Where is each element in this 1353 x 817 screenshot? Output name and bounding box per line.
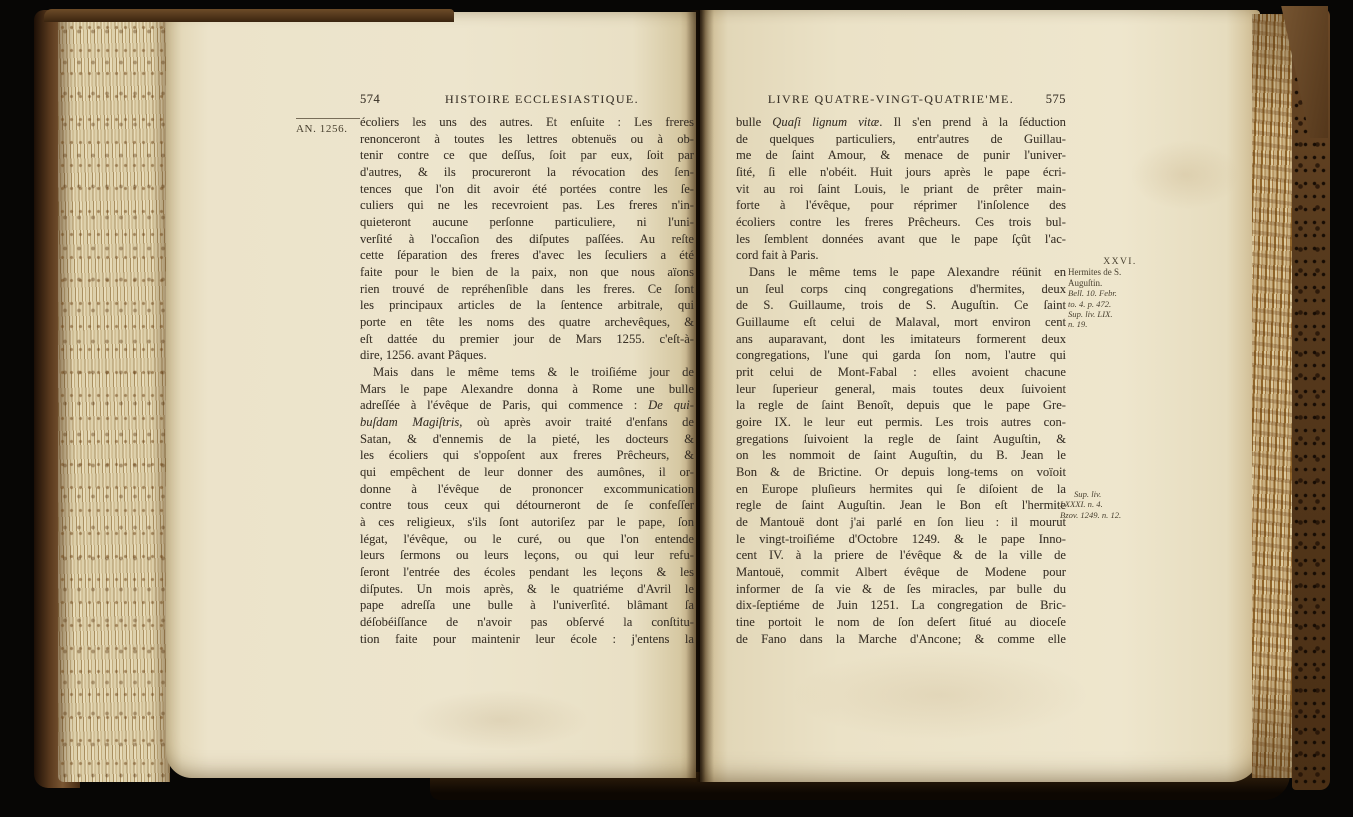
text-line: tences que l'on dit avoir été portées co… — [360, 181, 694, 198]
left-page-lines: écoliers les uns des autres. Et enſuite … — [360, 114, 694, 648]
text-line: regle de ſaint Auguſtin. Jean le Bon eſt… — [736, 497, 1066, 514]
year-margin-note: AN. 1256. — [296, 118, 360, 135]
text-line: Dans le même tems le pape Alexandre réün… — [736, 264, 1066, 281]
text-line: Guillaume eſt celui de Malaval, mort env… — [736, 314, 1066, 331]
text-line: leurs ſermons ou leurs leçons, ou qui le… — [360, 547, 694, 564]
book-photo: { "scene": { "background_color": "#07060… — [0, 0, 1353, 817]
text-line: verſité à l'occaſion des diſputes paſſée… — [360, 231, 694, 248]
text-line: de quelques particuliers, entr'autres de… — [736, 131, 1066, 148]
left-running-header: 574 HISTOIRE ECCLESIASTIQUE. — [360, 92, 694, 110]
text-line: prit celui de Mont-Fabal : elles avoient… — [736, 364, 1066, 381]
text-line: informer de ſa vie & de ſes miracles, pa… — [736, 581, 1066, 598]
margin-note-line: Bell. 10. Febr. — [1068, 288, 1172, 298]
text-line: ſeront l'entrée des écoles pendant les l… — [360, 564, 694, 581]
text-line: vit au roi ſaint Louis, le priant de prê… — [736, 181, 1066, 198]
margin-note-line: XXVI. — [1068, 257, 1172, 267]
text-line: en Europe pluſieurs hermites qui ſe diſo… — [736, 481, 1066, 498]
text-line: adreſſée à l'évêque de Paris, qui commen… — [360, 397, 694, 414]
text-line: renonceront à toutes les lettres obtenuë… — [360, 131, 694, 148]
text-line: diſputes. Un mois après, & le quatriéme … — [360, 581, 694, 598]
text-line: la regle de ſaint Benoît, depuis que le … — [736, 397, 1066, 414]
text-line: Mars le pape Alexandre donna à Rome une … — [360, 381, 694, 398]
text-line: le vingt-troiſiéme d'Octobre 1249. & le … — [736, 531, 1066, 548]
margin-note-line: to. 4. p. 472. — [1068, 299, 1172, 309]
text-line: congregations, l'une qui garda ſon nom, … — [736, 347, 1066, 364]
text-line: gregations ſuivoient la regle de ſaint A… — [736, 431, 1066, 448]
text-line: rien trouvé de repréhenſible dans les fr… — [360, 281, 694, 298]
text-line: cord fait à Paris. — [736, 247, 1066, 264]
text-line: ſité, ſi elle n'obéit. Huit jours après … — [736, 164, 1066, 181]
right-page-text: LIVRE QUATRE-VINGT-QUATRIE'ME. 575 bulle… — [736, 92, 1066, 648]
margin-note-line: Sup. liv. — [1060, 489, 1176, 499]
text-line: de Fano dans la Marche d'Ancone; & comme… — [736, 631, 1066, 648]
text-line: écoliers contre les freres Prêcheurs. Ce… — [736, 214, 1066, 231]
text-line: tenir contre ce que deſſus, ſoit par eux… — [360, 147, 694, 164]
text-line: leur ſuperieur general, mais toutes deux… — [736, 381, 1066, 398]
right-running-title: LIVRE QUATRE-VINGT-QUATRIE'ME. — [736, 92, 1036, 107]
text-line: donne à l'évêque de prononcer excommunic… — [360, 481, 694, 498]
text-line: les principaux articles de la ſentence a… — [360, 297, 694, 314]
margin-note-line: Hermites de S. — [1068, 267, 1172, 277]
margin-note-line: Sup. liv. LIX. — [1068, 309, 1172, 319]
book-top-edge — [44, 9, 454, 22]
text-line: forte à l'évêque, pour réprimer l'inſole… — [736, 197, 1066, 214]
text-line: tine portoit le nom de ſon deſert ſitué … — [736, 614, 1066, 631]
text-line: à ces religieux, s'ils ſont autoriſez pa… — [360, 514, 694, 531]
margin-note-line: Auguſtin. — [1068, 278, 1172, 288]
text-line: légat, l'évêque, ou le curé, ou que l'on… — [360, 531, 694, 548]
text-line: cette ſéparation des freres d'avec les ſ… — [360, 247, 694, 264]
text-line: de Mantouë dont j'ai parlé en ſon lieu :… — [736, 514, 1066, 531]
text-line: on les nommoit de ſaint Auguſtin, du B. … — [736, 447, 1066, 464]
text-line: bulle Quaſi lignum vitæ. Il s'en prend à… — [736, 114, 1066, 131]
text-line: qui empêchent de leur donner des aumônes… — [360, 464, 694, 481]
right-page-lines: bulle Quaſi lignum vitæ. Il s'en prend à… — [736, 114, 1066, 648]
text-line: contre tous ceux qui détourneront de ſe … — [360, 497, 694, 514]
right-running-header: LIVRE QUATRE-VINGT-QUATRIE'ME. 575 — [736, 92, 1066, 110]
right-page-number: 575 — [1036, 92, 1066, 107]
text-line: cent IV. à la priere de l'évêque & de la… — [736, 547, 1066, 564]
text-line: eſt dattée du premier jour de Mars 1255.… — [360, 331, 694, 348]
page-stack-fore-edge — [58, 16, 170, 782]
text-line: Bon & de Brictine. Or depuis long-tems o… — [736, 464, 1066, 481]
text-line: porte en tête les noms des quatre archev… — [360, 314, 694, 331]
text-line: dix-ſeptiéme de Juin 1251. La congregati… — [736, 597, 1066, 614]
text-line: dire, 1256. avant Pâques. — [360, 347, 694, 364]
text-line: culiers qui ne les recevroient pas. Les … — [360, 197, 694, 214]
text-line: pape adreſſa une bulle à l'univerſité. b… — [360, 597, 694, 614]
text-line: déſobéiſſance de n'avoir pas obſervé la … — [360, 614, 694, 631]
text-line: Satan, & d'ennemis de la pieté, les doct… — [360, 431, 694, 448]
text-line: me de ſaint Amour, & menace de punir l'u… — [736, 147, 1066, 164]
text-line: d'autres, & ils procureront la révocatio… — [360, 164, 694, 181]
text-line: faite pour le bien de la paix, non que n… — [360, 264, 694, 281]
margin-note-line: LXXXI. n. 4. — [1060, 499, 1176, 509]
text-line: un ſeul corps cinq congregations d'hermi… — [736, 281, 1066, 298]
text-line: les écoliers qui s'oppoſent aux freres P… — [360, 447, 694, 464]
text-line: ans auparavant, dont les imitateurs form… — [736, 331, 1066, 348]
text-line: écoliers les uns des autres. Et enſuite … — [360, 114, 694, 131]
text-line: tion faite pour maintenir leur école : j… — [360, 631, 694, 648]
text-line: quieteront aucune perſonne particuliere,… — [360, 214, 694, 231]
margin-note-line: n. 19. — [1068, 319, 1172, 329]
right-margin-note-1: XXVI.Hermites de S.Auguſtin.Bell. 10. Fe… — [1068, 257, 1172, 330]
text-line: de S. Guillaume, trois de S. Auguſtin. C… — [736, 297, 1066, 314]
left-page-text: 574 HISTOIRE ECCLESIASTIQUE. écoliers le… — [360, 92, 694, 648]
right-margin-note-2: Sup. liv.LXXXI. n. 4.Bzov. 1249. n. 12. — [1060, 489, 1176, 520]
text-line: Mantouë, commit Albert évêque de Modene … — [736, 564, 1066, 581]
text-line: buſdam Magiſtris, où après avoir traité … — [360, 414, 694, 431]
text-line: les ſemblent données avant que le pape ſ… — [736, 231, 1066, 248]
margin-note-line: Bzov. 1249. n. 12. — [1060, 510, 1176, 520]
left-running-title: HISTOIRE ECCLESIASTIQUE. — [404, 92, 694, 107]
text-line: Mais dans le même tems & le troiſiéme jo… — [360, 364, 694, 381]
left-page-number: 574 — [360, 92, 404, 107]
text-line: goire IX. le leur eut permis. Les trois … — [736, 414, 1066, 431]
